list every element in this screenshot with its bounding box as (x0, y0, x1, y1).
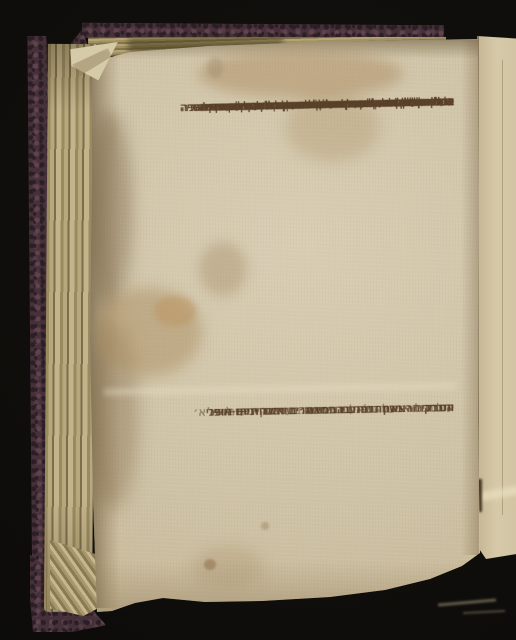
stain-spot (204, 559, 216, 570)
page-edges-left-shade (46, 44, 94, 612)
faded-mark (207, 57, 223, 78)
manuscript-line: הימנידה קלה · וזאת המלאכה נכללה בי״ג פרק… (190, 93, 455, 116)
stain-spot (261, 522, 269, 530)
text-block-chapter: הפרק הראשון נדבר בו במאמרים אשר יניחו מו… (178, 399, 454, 404)
facing-page-fold-line (502, 60, 503, 515)
facing-page (477, 36, 516, 559)
manuscript-photo: גםכי מן מלאכת תלמ׳ ידיה ימלאו תבונים רבט… (0, 0, 516, 640)
bottom-edge-shadow (92, 560, 480, 612)
right-edge-shadow (461, 40, 479, 555)
parchment-wrinkle (104, 383, 456, 395)
paper-wisp (463, 610, 505, 614)
stain (198, 50, 403, 98)
stain (199, 242, 247, 296)
faded-signature-line: דבריהם · (236, 402, 279, 420)
paper-wisp (438, 598, 496, 606)
stain (154, 296, 196, 326)
stain (192, 546, 264, 588)
stain (88, 110, 132, 310)
